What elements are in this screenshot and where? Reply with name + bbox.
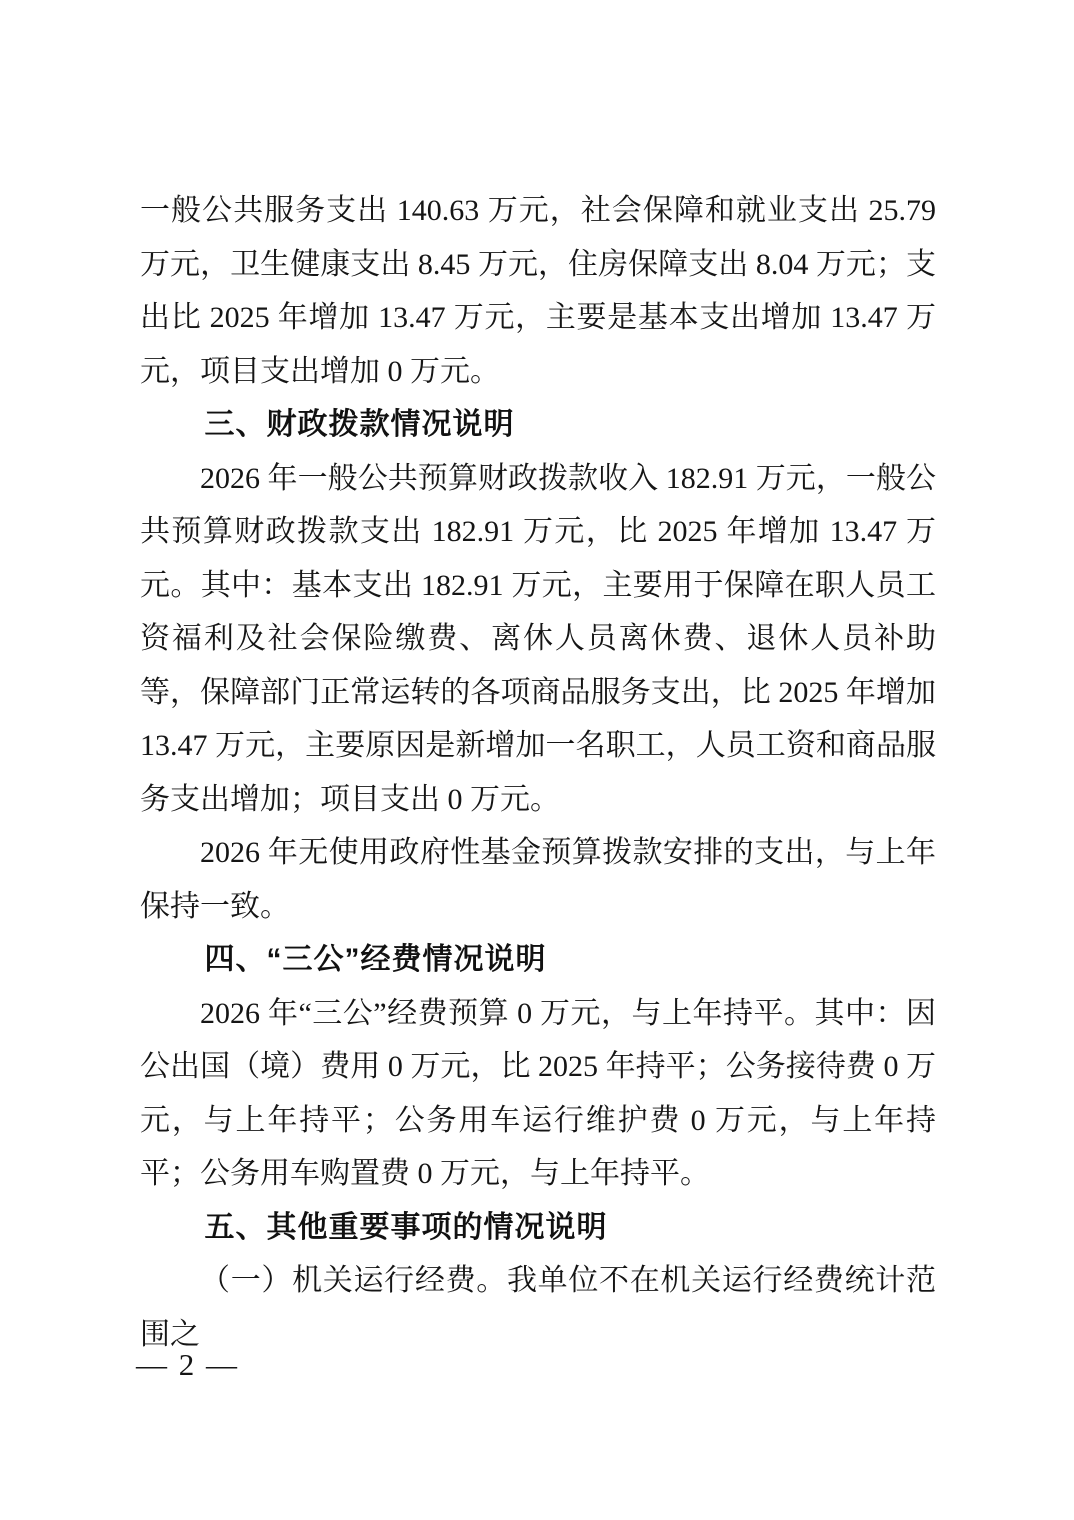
document-body: 一般公共服务支出 140.63 万元，社会保障和就业支出 25.79 万元，卫生… [140,184,936,1361]
heading-section-4-three-public-funds: 四、“三公”经费情况说明 [140,933,936,987]
paragraph-operating-expenses: （一）机关运行经费。我单位不在机关运行经费统计范围之 [140,1254,936,1361]
heading-section-3-fiscal-appropriation: 三、财政拨款情况说明 [140,398,936,452]
paragraph-three-public-funds-detail: 2026 年“三公”经费预算 0 万元，与上年持平。其中：因公出国（境）费用 0… [140,987,936,1201]
paragraph-government-fund-budget: 2026 年无使用政府性基金预算拨款安排的支出，与上年保持一致。 [140,826,936,933]
paragraph-expenditure-breakdown: 一般公共服务支出 140.63 万元，社会保障和就业支出 25.79 万元，卫生… [140,184,936,398]
paragraph-fiscal-appropriation-detail: 2026 年一般公共预算财政拨款收入 182.91 万元，一般公共预算财政拨款支… [140,452,936,827]
heading-section-5-other-important-matters: 五、其他重要事项的情况说明 [140,1201,936,1255]
document-page: 一般公共服务支出 140.63 万元，社会保障和就业支出 25.79 万元，卫生… [0,0,1074,1520]
page-number: — 2 — [136,1345,239,1385]
